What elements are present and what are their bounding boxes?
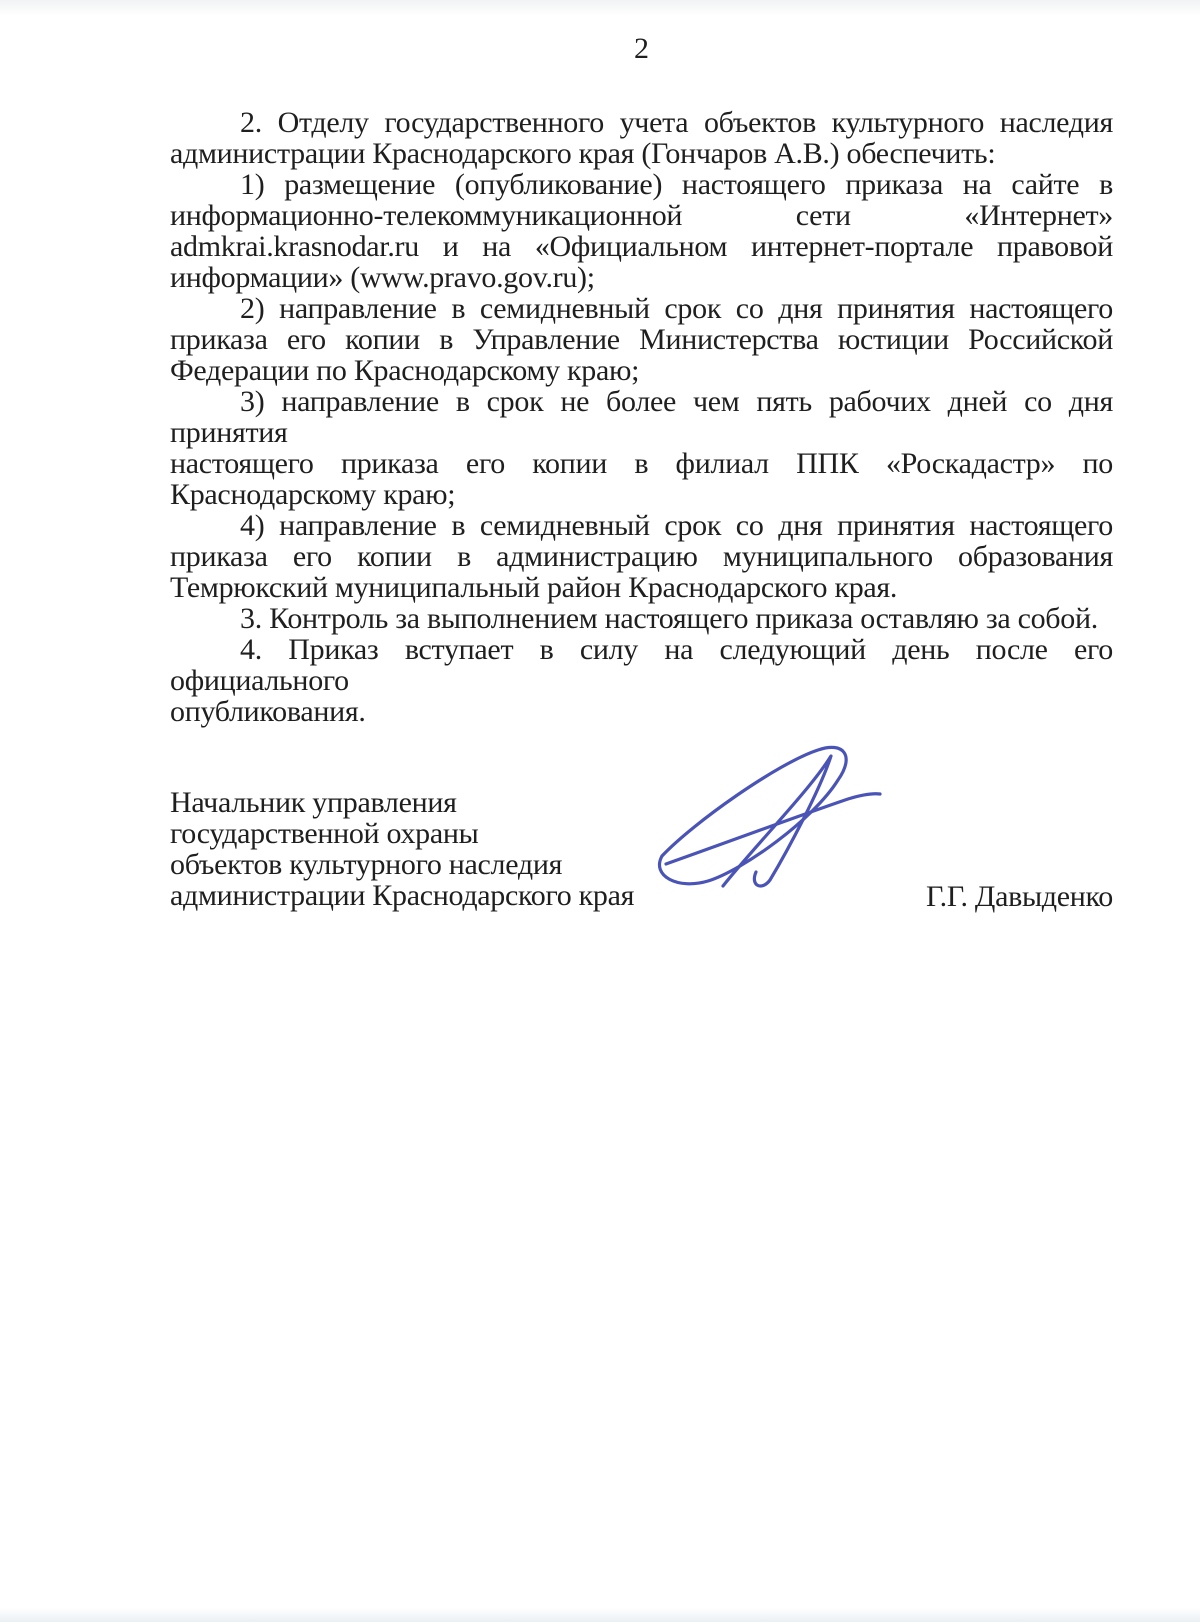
text-line: 3) направление в срок не более чем пять …: [170, 386, 1113, 448]
document-page: 2 2. Отделу государственного учета объек…: [0, 0, 1200, 1622]
text-line: 3. Контроль за выполнением настоящего пр…: [170, 603, 1113, 634]
text-line: Краснодарскому краю;: [170, 479, 1113, 510]
paragraph: 4. Приказ вступает в силу на следующий д…: [170, 634, 1113, 727]
page-content: 2 2. Отделу государственного учета объек…: [170, 0, 1113, 912]
signatory-name: Г.Г. Давыденко: [926, 882, 1113, 912]
text-line: 1) размещение (опубликование) настоящего…: [170, 169, 1113, 200]
text-line: admkrai.krasnodar.ru и на «Официальном и…: [170, 231, 1113, 262]
paragraph: 4) направление в семидневный срок со дня…: [170, 510, 1113, 603]
signatory-title-line: объектов культурного наследия: [170, 850, 1113, 881]
paragraph: 2. Отделу государственного учета объекто…: [170, 107, 1113, 169]
text-line: 2. Отделу государственного учета объекто…: [170, 107, 1113, 138]
signatory-title-line: Начальник управления: [170, 788, 1113, 819]
text-line: информации» (www.pravo.gov.ru);: [170, 262, 1113, 293]
paragraph: 2) направление в семидневный срок со дня…: [170, 293, 1113, 386]
text-line: настоящего приказа его копии в филиал ПП…: [170, 448, 1113, 479]
text-line: Федерации по Краснодарскому краю;: [170, 355, 1113, 386]
text-line: 4. Приказ вступает в силу на следующий д…: [170, 634, 1113, 696]
text-line: Темрюкский муниципальный район Краснодар…: [170, 572, 1113, 603]
page-number: 2: [170, 33, 1113, 64]
paragraph: 3) направление в срок не более чем пять …: [170, 386, 1113, 510]
text-line: информационно-телекоммуникационной сети …: [170, 200, 1113, 231]
signatory-title-text: администрации Краснодарского края: [170, 879, 634, 912]
text-line: администрации Краснодарского края (Гонча…: [170, 138, 1113, 169]
order-body: 2. Отделу государственного учета объекто…: [170, 107, 1113, 727]
paragraph: 3. Контроль за выполнением настоящего пр…: [170, 603, 1113, 634]
text-line: 2) направление в семидневный срок со дня…: [170, 293, 1113, 324]
paragraph: 1) размещение (опубликование) настоящего…: [170, 169, 1113, 293]
text-line: 4) направление в семидневный срок со дня…: [170, 510, 1113, 541]
signoff-block: Начальник управления государственной охр…: [170, 788, 1113, 912]
scan-artifact-bottom: [0, 1608, 1200, 1622]
handwritten-signature-icon: [648, 728, 886, 896]
signatory-title-line: государственной охраны: [170, 819, 1113, 850]
text-line: приказа его копии в администрацию муници…: [170, 541, 1113, 572]
text-line: приказа его копии в Управление Министерс…: [170, 324, 1113, 355]
signatory-title-line: администрации Краснодарского края Г.Г. Д…: [170, 881, 1113, 912]
text-line: опубликования.: [170, 696, 1113, 727]
